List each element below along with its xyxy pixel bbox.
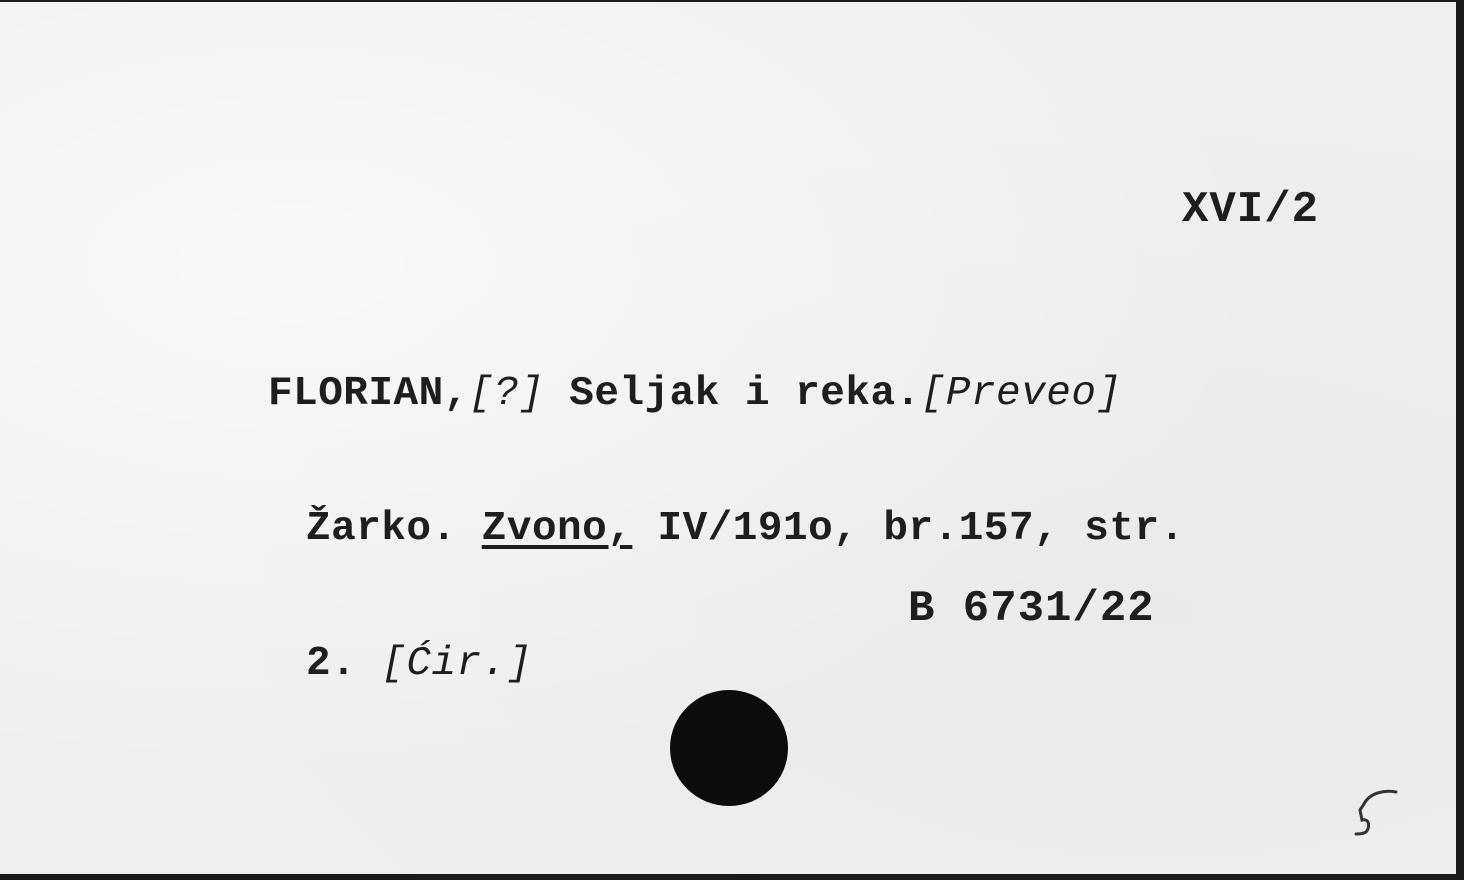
author: FLORIAN, bbox=[268, 371, 469, 417]
handwritten-mark-5 bbox=[1352, 784, 1402, 844]
script-note: [Ćir.] bbox=[381, 641, 532, 687]
volume-year: IV/191o, bbox=[657, 506, 858, 552]
entry-line-3: 2. [Ćir.] bbox=[268, 642, 1185, 687]
entry-line-2: Žarko. Zvono, IV/191o, br.157, str. bbox=[268, 507, 1185, 552]
shelfmark: XVI/2 bbox=[1182, 188, 1319, 232]
issue-number: br.157, bbox=[883, 506, 1059, 552]
translator: Žarko. bbox=[306, 506, 457, 552]
call-number: B 6731/22 bbox=[908, 587, 1155, 631]
punch-hole bbox=[670, 690, 788, 806]
work-title: Seljak i reka. bbox=[569, 371, 920, 417]
catalog-card: XVI/2 FLORIAN,[?] Seljak i reka.[Preveo]… bbox=[0, 2, 1456, 874]
pages-label: str. bbox=[1084, 506, 1184, 552]
entry-line-1: FLORIAN,[?] Seljak i reka.[Preveo] bbox=[268, 372, 1185, 417]
journal-title: Zvono, bbox=[482, 506, 633, 552]
author-note: [?] bbox=[469, 371, 544, 417]
translator-note: [Preveo] bbox=[921, 371, 1122, 417]
pages: 2. bbox=[306, 641, 356, 687]
